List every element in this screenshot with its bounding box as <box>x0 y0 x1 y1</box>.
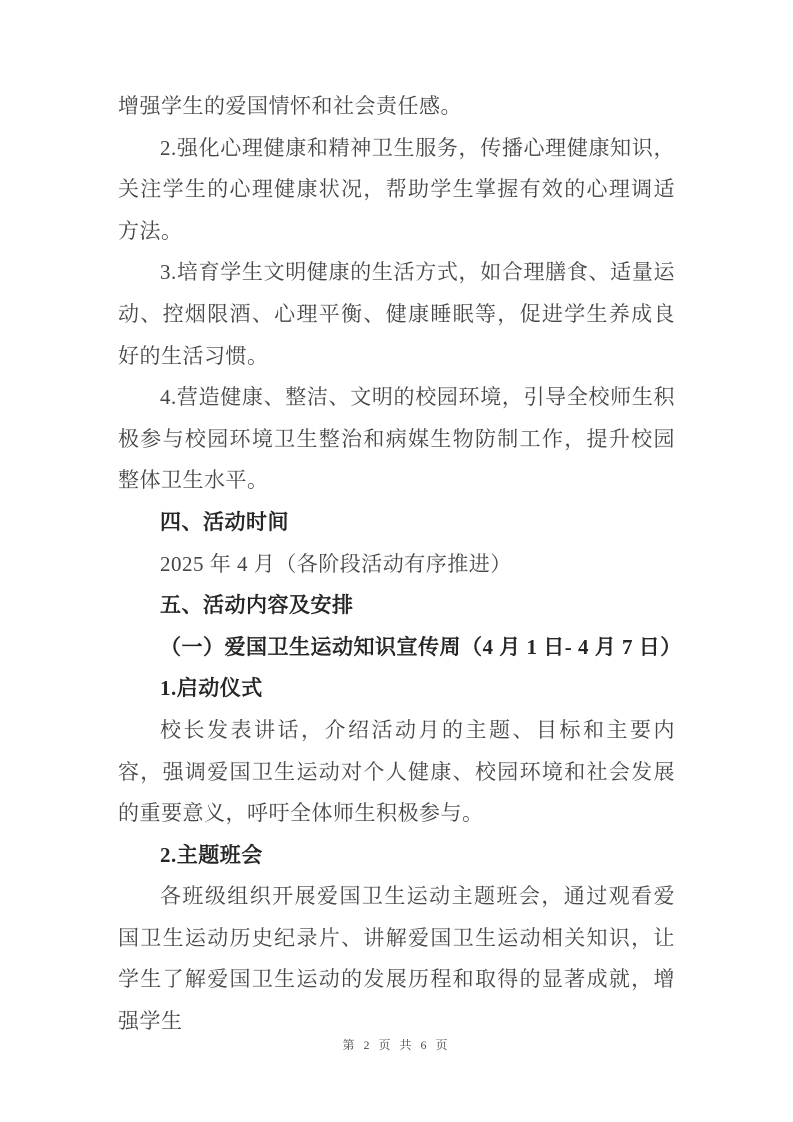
numbered-paragraph-3: 3.培育学生文明健康的生活方式，如合理膳食、适量运动、控烟限酒、心理平衡、健康睡… <box>118 252 675 377</box>
page-number-footer: 第 2 页 共 6 页 <box>0 1036 793 1053</box>
continued-paragraph: 增强学生的爱国情怀和社会责任感。 <box>118 86 675 128</box>
section-heading-5: 五、活动内容及安排 <box>118 585 675 627</box>
activity-time-text: 2025 年 4 月（各阶段活动有序推进） <box>118 544 675 586</box>
numbered-paragraph-4: 4.营造健康、整洁、文明的校园环境，引导全校师生积极参与校园环境卫生整治和病媒生… <box>118 377 675 502</box>
numbered-paragraph-2: 2.强化心理健康和精神卫生服务，传播心理健康知识，关注学生的心理健康状况，帮助学… <box>118 128 675 253</box>
item-heading-1: 1.启动仪式 <box>118 668 675 710</box>
document-page: 增强学生的爱国情怀和社会责任感。 2.强化心理健康和精神卫生服务，传播心理健康知… <box>0 0 793 1122</box>
document-body: 增强学生的爱国情怀和社会责任感。 2.强化心理健康和精神卫生服务，传播心理健康知… <box>118 86 675 1043</box>
body-paragraph: 校长发表讲话，介绍活动月的主题、目标和主要内容，强调爱国卫生运动对个人健康、校园… <box>118 710 675 835</box>
body-paragraph: 各班级组织开展爱国卫生运动主题班会，通过观看爱国卫生运动历史纪录片、讲解爱国卫生… <box>118 876 675 1042</box>
subsection-heading-1: （一）爱国卫生运动知识宣传周（4 月 1 日- 4 月 7 日） <box>118 627 675 669</box>
section-heading-4: 四、活动时间 <box>118 502 675 544</box>
item-heading-2: 2.主题班会 <box>118 835 675 877</box>
